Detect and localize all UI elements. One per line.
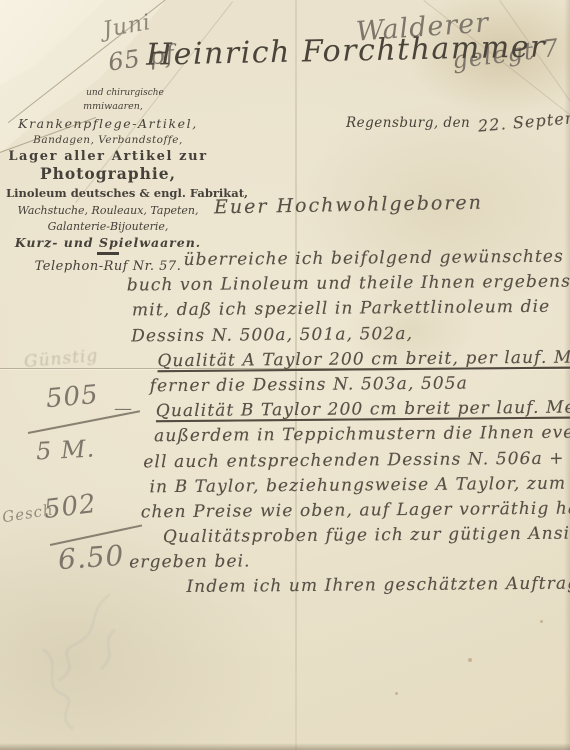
letterhead-line: Bandagen, Verbandstoffe, <box>6 134 210 146</box>
pencil-design-number-502: 502 <box>42 489 98 525</box>
pencil-price-650: 6.50 <box>57 539 125 577</box>
body-line: mit, daß ich speziell in Parkettlinoleum… <box>132 294 570 324</box>
body-line: überreiche ich beifolgend gewünschtes Mu… <box>183 244 570 274</box>
body-line: Dessins N. 500a, 501a, 502a, <box>131 319 570 349</box>
body-line: Indem ich um Ihren geschätzten Auftrag <box>186 571 570 601</box>
letterhead-line: Photographie, <box>6 164 210 183</box>
letterhead-product-list: und chirurgische mmiwaaren, Krankenpfleg… <box>6 88 210 274</box>
body-line: Qualitätsproben füge ich zur gütigen Ans… <box>163 521 570 551</box>
ink-bleed-through <box>14 590 164 740</box>
body-line: ergeben bei. <box>129 546 570 576</box>
pencil-margin-dash: — <box>114 398 133 419</box>
letterhead-line: mmiwaaren, <box>6 101 210 112</box>
pencil-design-number-505: 505 <box>45 380 100 414</box>
body-line: ferner die Dessins N. 503a, 505a <box>150 369 570 399</box>
body-line-quality-a: Qualität A Taylor 200 cm breit, per lauf… <box>157 344 570 374</box>
letter-body: überreiche ich beifolgend gewünschtes Mu… <box>126 244 570 602</box>
body-line: in B Taylor, beziehungsweise A Taylor, z… <box>149 470 570 500</box>
body-line: außerdem in Teppichmustern die Ihnen eve… <box>154 420 570 450</box>
body-line: chen Preise wie oben, auf Lager vorräthi… <box>141 495 570 525</box>
stain <box>540 620 543 623</box>
paper-bottom-edge <box>0 743 570 750</box>
body-line: ell auch entsprechenden Dessins N. 506a … <box>143 445 570 475</box>
letterhead-divider <box>97 252 119 255</box>
letterhead-line: Krankenpflege-Artikel, <box>6 116 210 131</box>
letterhead-line: Wachstuche, Rouleaux, Tapeten, <box>6 204 210 217</box>
dateline: Regensburg, den 22. September 189 <box>346 112 570 131</box>
body-line-quality-b: Qualität B Taylor 200 cm breit per lauf.… <box>156 395 570 425</box>
stain <box>468 658 472 662</box>
letterhead-line: Galanterie-Bijouterie, <box>6 220 210 233</box>
letterhead-line: und chirurgische <box>6 88 210 98</box>
letterhead-line: Lager aller Artikel zur <box>6 149 210 164</box>
dateline-handwritten-date: 22. September 189 <box>478 101 570 135</box>
letter-page: Juni 65 pf Walderer gelegt 7 Heinrich Fo… <box>0 0 570 750</box>
letterhead-line: Linoleum deutsches & engl. Fabrikat, <box>6 186 210 200</box>
stain <box>395 692 398 695</box>
salutation: Euer Hochwohlgeboren <box>214 192 483 219</box>
pencil-price-5m: 5 M. <box>35 434 95 465</box>
dateline-printed: Regensburg, den <box>346 115 470 131</box>
body-line: buch von Linoleum und theile Ihnen ergeb… <box>127 269 570 299</box>
